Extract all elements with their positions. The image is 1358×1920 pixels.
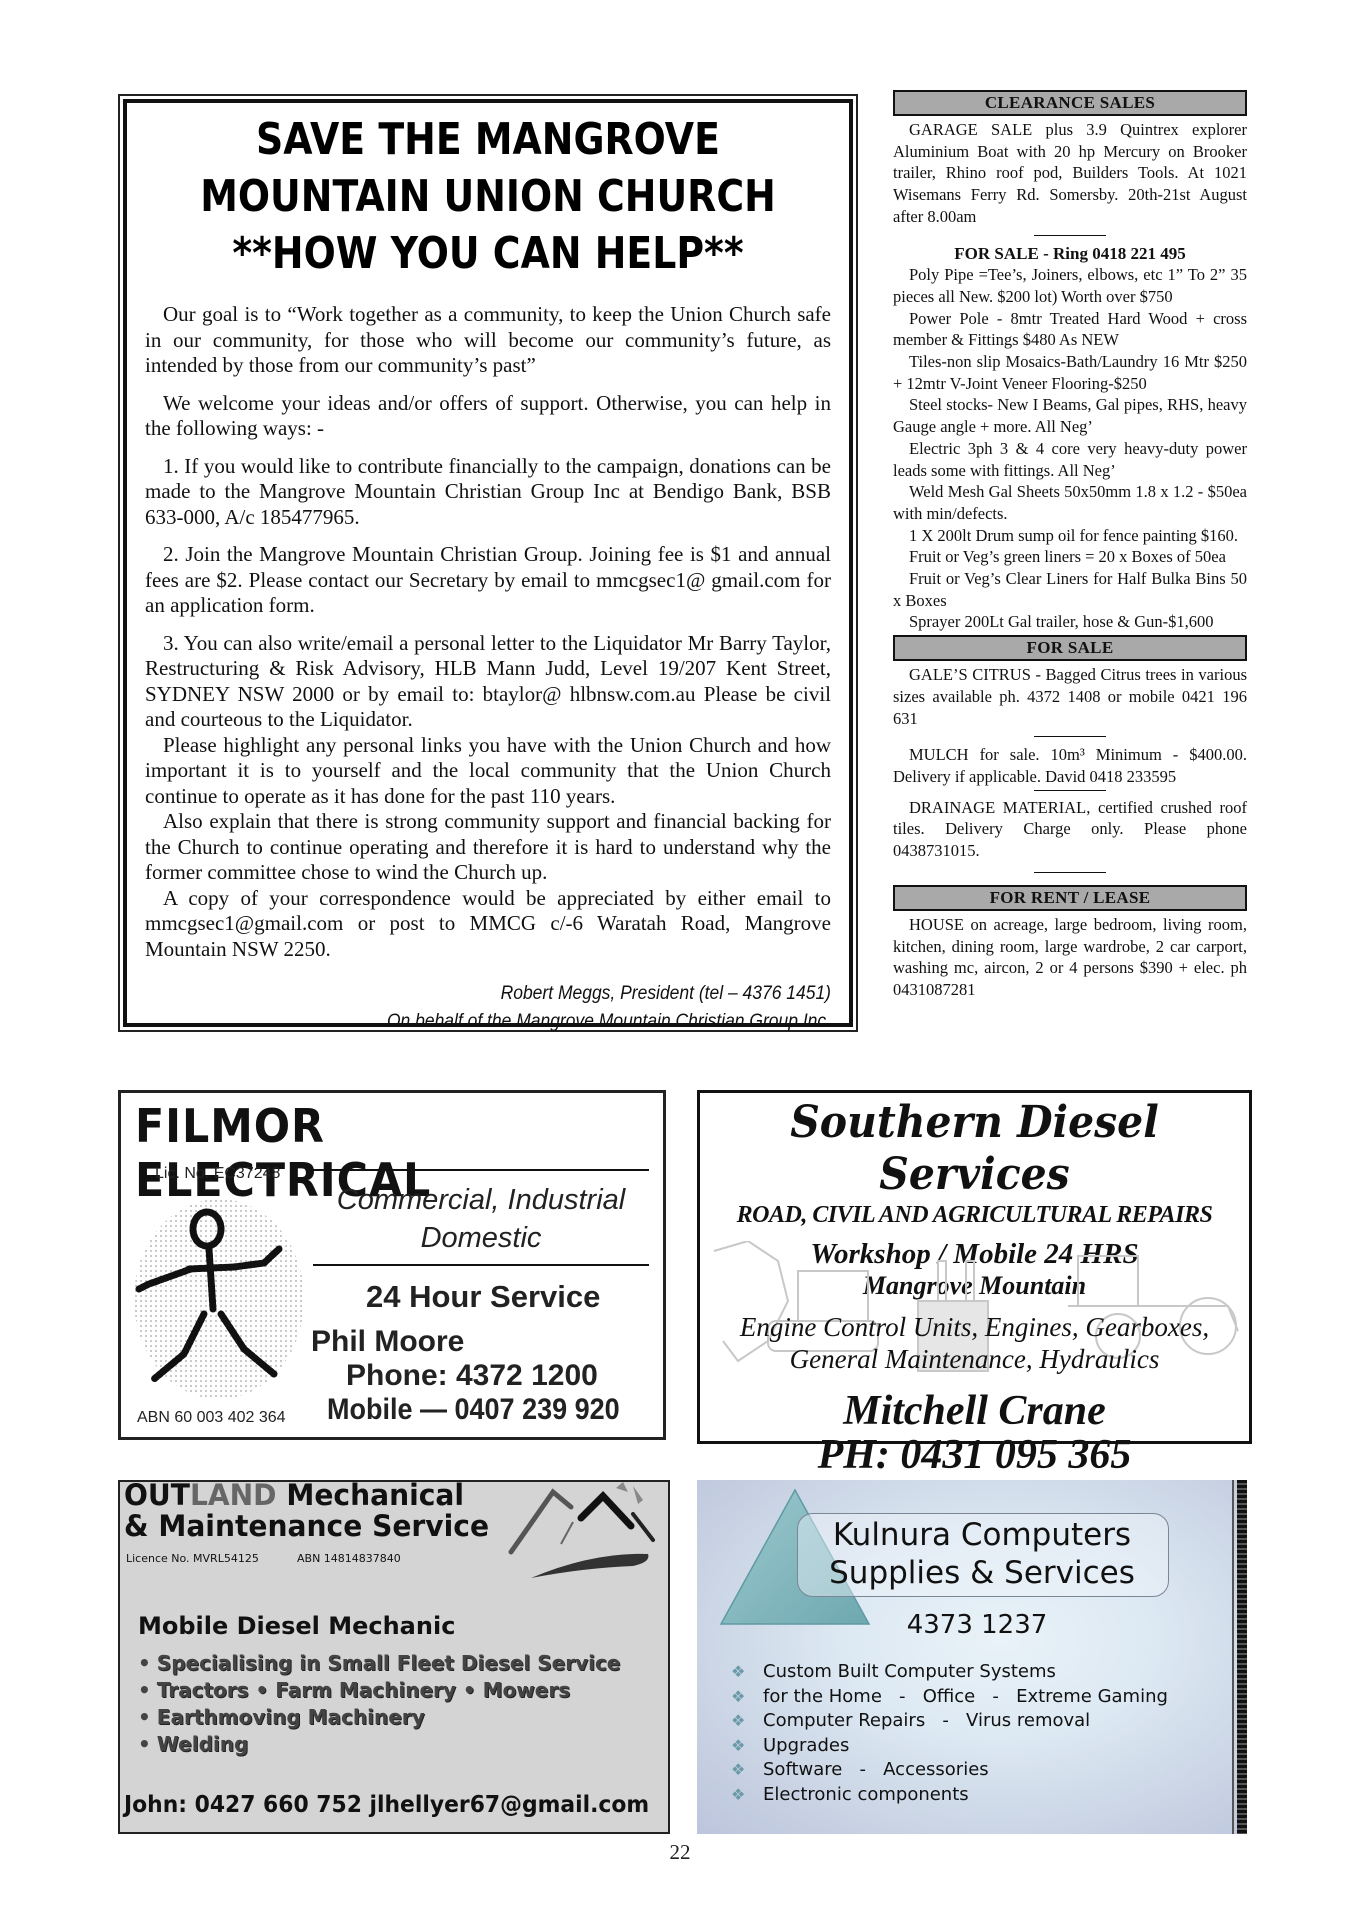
for-rent-heading: FOR RENT / LEASE: [893, 885, 1247, 911]
classified-item: Fruit or Veg’s Clear Liners for Half Bul…: [893, 568, 1247, 611]
title-line2: & Maintenance Service: [124, 1511, 489, 1542]
title-mechanical: Mechanical: [277, 1478, 465, 1512]
classified-item: Tiles-non slip Mosaics-Bath/Laundry 16 M…: [893, 351, 1247, 394]
diamond-bullet-icon: ❖: [731, 1685, 763, 1710]
list-item: ❖Electronic components: [731, 1783, 1168, 1808]
kulnura-services-list: ❖Custom Built Computer Systems ❖for the …: [731, 1660, 1168, 1807]
filmor-phone: Phone: 4372 1200: [346, 1359, 598, 1393]
diamond-bullet-icon: ❖: [731, 1734, 763, 1759]
filmor-contact-name: Phil Moore: [311, 1325, 464, 1359]
title-line: **HOW YOU CAN HELP**: [159, 225, 818, 282]
southern-services: Engine Control Units, Engines, Gearboxes…: [700, 1311, 1249, 1375]
classified-item: Power Pole - 8mtr Treated Hard Wood + cr…: [893, 308, 1247, 351]
signature-group: On behalf of the Mangrove Mountain Chris…: [200, 1008, 831, 1036]
southern-title: Southern Diesel Services: [719, 1097, 1230, 1201]
kulnura-phone: 4373 1237: [877, 1610, 1077, 1640]
list-item: •Earthmoving Machinery: [138, 1704, 620, 1731]
paragraph-explain: Also explain that there is strong commun…: [145, 809, 831, 886]
southern-contact-name: Mitchell Crane: [700, 1389, 1249, 1433]
classified-item: Steel stocks- New I Beams, Gal pipes, RH…: [893, 394, 1247, 437]
church-notice-box: SAVE THE MANGROVE MOUNTAIN UNION CHURCH …: [118, 94, 858, 1032]
list-item: •Welding: [138, 1731, 620, 1758]
title-line: Supplies & Services: [797, 1554, 1167, 1592]
divider: [1034, 235, 1106, 236]
decorative-border: [1232, 1480, 1234, 1834]
outland-heading: Mobile Diesel Mechanic: [138, 1612, 455, 1640]
list-item: •Tractors • Farm Machinery • Mowers: [138, 1677, 620, 1704]
mountain-logo-icon: [503, 1482, 663, 1582]
classified-item: Fruit or Veg’s green liners = 20 x Boxes…: [893, 546, 1247, 568]
diamond-bullet-icon: ❖: [731, 1783, 763, 1808]
classified-item: Sprayer 200Lt Gal trailer, hose & Gun-$1…: [893, 611, 1247, 633]
classified-garage-sale: GARAGE SALE plus 3.9 Quintrex explorer A…: [893, 119, 1247, 228]
filmor-electrical-ad: FILMOR ELECTRICAL Lic. No. EC37248 Comme…: [118, 1090, 666, 1440]
classified-citrus: GALE’S CITRUS - Bagged Citrus trees in v…: [893, 664, 1247, 729]
bullet-icon: •: [138, 1705, 151, 1729]
title-line: SAVE THE MANGROVE: [159, 111, 818, 168]
list-item: •Specialising in Small Fleet Diesel Serv…: [138, 1650, 620, 1677]
title-out: OUT: [124, 1478, 190, 1512]
bullet-icon: •: [138, 1678, 151, 1702]
outland-title: OUTLAND Mechanical & Maintenance Service: [124, 1480, 489, 1542]
southern-phone: PH: 0431 095 365: [700, 1433, 1249, 1477]
classified-item: 1 X 200lt Drum sump oil for fence painti…: [893, 525, 1247, 547]
list-item: ❖Software - Accessories: [731, 1758, 1168, 1783]
for-sale-heading: FOR SALE: [893, 635, 1247, 661]
paragraph-goal: Our goal is to “Work together as a commu…: [145, 302, 831, 379]
paragraph-donate: 1. If you would like to contribute finan…: [145, 454, 831, 531]
classified-drainage: DRAINAGE MATERIAL, certified crushed roo…: [893, 797, 1247, 862]
filmor-service: 24 Hour Service: [366, 1279, 600, 1315]
decorative-border: [1237, 1480, 1247, 1834]
classified-item: Electric 3ph 3 & 4 core very heavy-duty …: [893, 438, 1247, 481]
list-item: ❖for the Home - Office - Extreme Gaming: [731, 1685, 1168, 1710]
categories-line: Domestic: [313, 1219, 649, 1257]
classifieds-column: CLEARANCE SALES GARAGE SALE plus 3.9 Qui…: [893, 90, 1247, 1001]
church-notice-body: Our goal is to “Work together as a commu…: [145, 302, 831, 962]
filmor-mobile: Mobile — 0407 239 920: [327, 1393, 620, 1427]
filmor-licence: Lic. No. EC37248: [155, 1165, 280, 1183]
classified-item: Weld Mesh Gal Sheets 50x50mm 1.8 x 1.2 -…: [893, 481, 1247, 524]
church-notice-inner-border: SAVE THE MANGROVE MOUNTAIN UNION CHURCH …: [123, 99, 853, 1027]
outland-services-list: •Specialising in Small Fleet Diesel Serv…: [138, 1650, 620, 1758]
signature: Robert Meggs, President (tel – 4376 1451…: [200, 980, 831, 1036]
signature-president: Robert Meggs, President (tel – 4376 1451…: [200, 980, 831, 1008]
diamond-bullet-icon: ❖: [731, 1758, 763, 1783]
filmor-categories: Commercial, Industrial Domestic: [313, 1181, 649, 1257]
kulnura-title: Kulnura Computers Supplies & Services: [797, 1516, 1167, 1592]
paragraph-highlight: Please highlight any personal links you …: [145, 733, 831, 810]
church-notice-title: SAVE THE MANGROVE MOUNTAIN UNION CHURCH …: [159, 111, 818, 282]
divider: [1034, 736, 1106, 737]
services-line: Engine Control Units, Engines, Gearboxes…: [700, 1311, 1249, 1343]
divider: [313, 1264, 649, 1266]
paragraph-write-liquidator: 3. You can also write/email a personal l…: [145, 631, 831, 733]
outland-abn: ABN 14814837840: [297, 1552, 401, 1565]
kulnura-computers-ad: Kulnura Computers Supplies & Services 43…: [697, 1480, 1247, 1834]
outland-licence: Licence No. MVRL54125: [126, 1552, 259, 1565]
categories-line: Commercial, Industrial: [313, 1181, 649, 1219]
page-number: 22: [650, 1840, 710, 1865]
electrocuted-skeleton-icon: [129, 1189, 309, 1407]
outland-contact: John: 0427 660 752 jlhellyer67@gmail.com: [124, 1790, 649, 1818]
classified-mulch: MULCH for sale. 10m³ Minimum - $400.00. …: [893, 744, 1247, 787]
title-land: LAND: [190, 1478, 277, 1512]
paragraph-welcome: We welcome your ideas and/or offers of s…: [145, 391, 831, 442]
title-line: MOUNTAIN UNION CHURCH: [159, 168, 818, 225]
divider: [1034, 790, 1106, 791]
diamond-bullet-icon: ❖: [731, 1660, 763, 1685]
clearance-sales-heading: CLEARANCE SALES: [893, 90, 1247, 116]
services-line: General Maintenance, Hydraulics: [700, 1343, 1249, 1375]
divider: [1034, 872, 1106, 873]
list-item: ❖Upgrades: [731, 1734, 1168, 1759]
filmor-abn: ABN 60 003 402 364: [137, 1409, 286, 1427]
southern-diesel-ad: Southern Diesel Services ROAD, CIVIL AND…: [697, 1090, 1252, 1444]
bullet-icon: •: [138, 1651, 151, 1675]
divider: [313, 1169, 649, 1171]
list-item: ❖Computer Repairs - Virus removal: [731, 1709, 1168, 1734]
bullet-icon: •: [138, 1732, 151, 1756]
paragraph-join: 2. Join the Mangrove Mountain Christian …: [145, 542, 831, 619]
title-line: Kulnura Computers: [797, 1516, 1167, 1554]
diamond-bullet-icon: ❖: [731, 1709, 763, 1734]
classified-house: HOUSE on acreage, large bedroom, living …: [893, 914, 1247, 1001]
southern-subtitle: ROAD, CIVIL AND AGRICULTURAL REPAIRS: [700, 1201, 1249, 1229]
outland-mechanical-ad: OUTLAND Mechanical & Maintenance Service…: [118, 1480, 670, 1834]
for-sale-ring-heading: FOR SALE - Ring 0418 221 495: [893, 243, 1247, 265]
paragraph-copy: A copy of your correspondence would be a…: [145, 886, 831, 963]
classified-item: Poly Pipe =Tee’s, Joiners, elbows, etc 1…: [893, 264, 1247, 307]
list-item: ❖Custom Built Computer Systems: [731, 1660, 1168, 1685]
